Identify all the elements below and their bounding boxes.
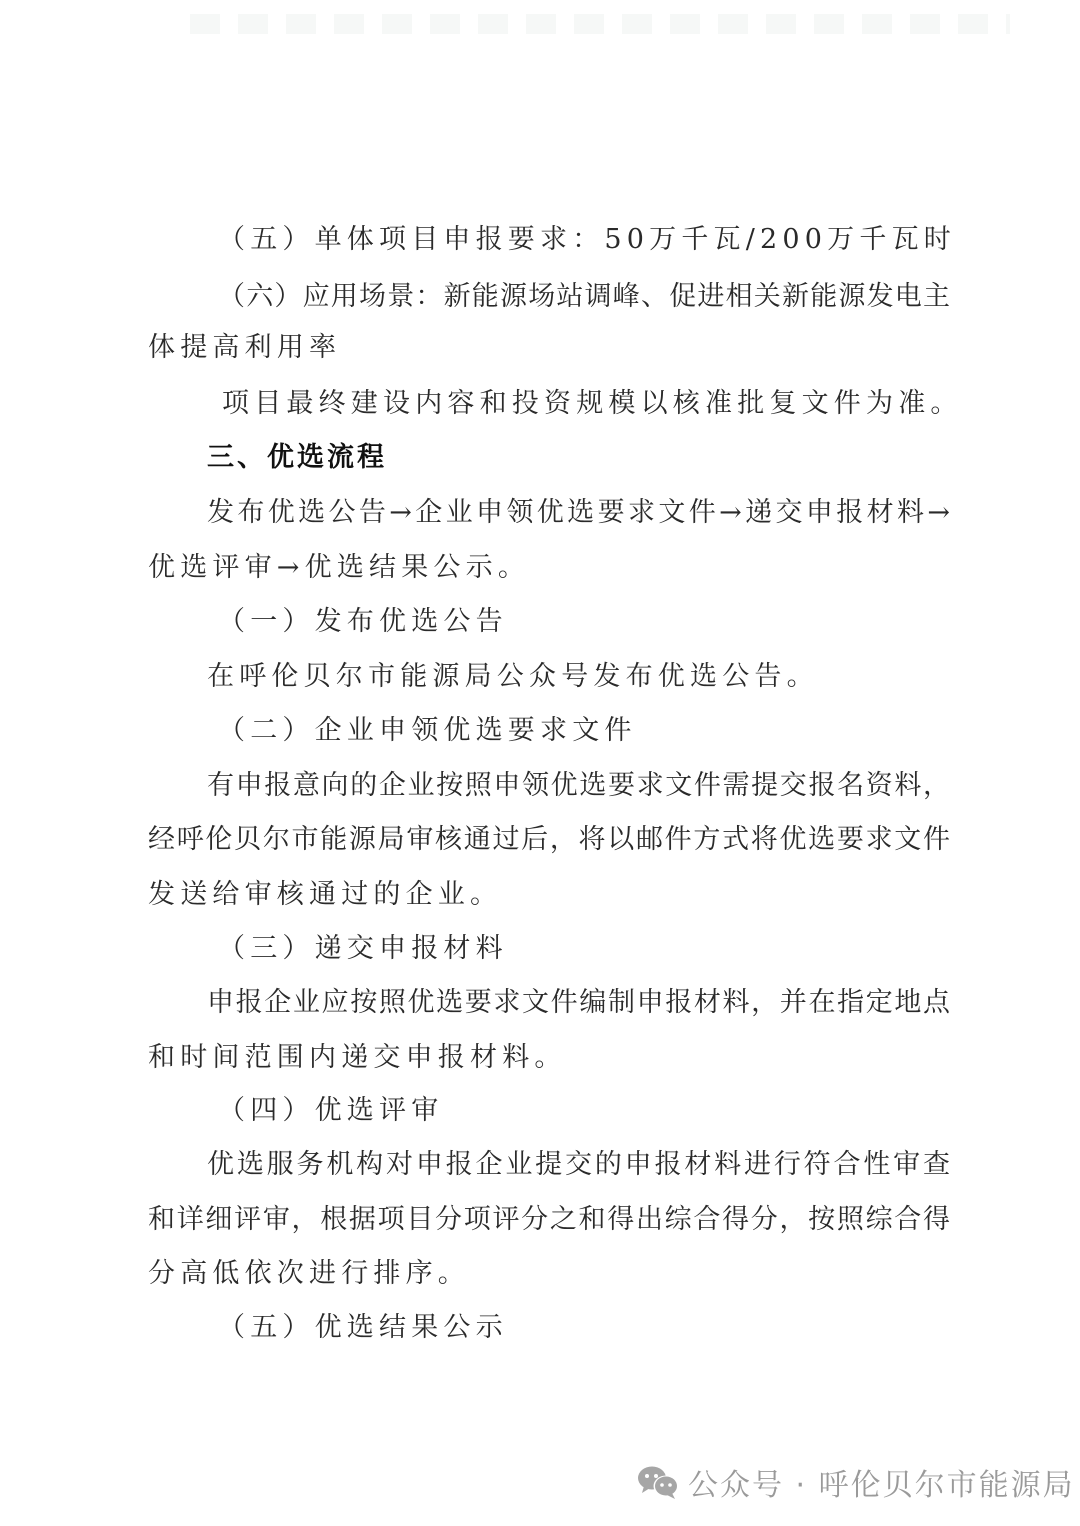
scan-bleed-artifact — [190, 14, 1010, 34]
flow-line-2: 优选评审→优选结果公示。 — [148, 541, 950, 595]
sub1-body-line: 在呼伦贝尔市能源局公众号发布优选公告。 — [207, 650, 950, 704]
item6-scene-line-2: 体提高利用率 — [148, 321, 950, 375]
sub2-body-line-2: 经呼伦贝尔市能源局审核通过后，将以邮件方式将优选要求文件 — [148, 813, 950, 867]
subheading-2: （二）企业申领优选要求文件 — [218, 704, 950, 758]
sub3-body-line-1: 申报企业应按照优选要求文件编制申报材料，并在指定地点 — [207, 976, 950, 1030]
subheading-5: （五）优选结果公示 — [218, 1301, 950, 1355]
sub2-body-line-3: 发送给审核通过的企业。 — [148, 868, 950, 922]
sub4-body-line-1: 优选服务机构对申报企业提交的申报材料进行符合性审查 — [207, 1138, 950, 1192]
section-heading: 三、优选流程 — [207, 431, 1009, 485]
item6-scene-line-1: （六）应用场景：新能源场站调峰、促进相关新能源发电主 — [218, 270, 950, 324]
subheading-1: （一）发布优选公告 — [218, 595, 950, 649]
item5-scale-line: （五）单体项目申报要求：50万千瓦/200万千瓦时 — [218, 213, 950, 267]
wechat-icon — [636, 1464, 680, 1500]
sub3-body-line-2: 和时间范围内递交申报材料。 — [148, 1031, 950, 1085]
watermark-text: 公众号 · 呼伦贝尔市能源局 — [688, 1460, 1075, 1504]
document-page: （五）单体项目申报要求：50万千瓦/200万千瓦时 （六）应用场景：新能源场站调… — [0, 0, 1080, 1526]
wechat-account-watermark: 公众号 · 呼伦贝尔市能源局 — [636, 1462, 1075, 1502]
sub4-body-line-3: 分高低依次进行排序。 — [148, 1247, 950, 1301]
sub2-body-line-1: 有申报意向的企业按照申领优选要求文件需提交报名资料， — [207, 759, 950, 813]
final-note-line: 项目最终建设内容和投资规模以核准批复文件为准。 — [222, 377, 1024, 431]
subheading-4: （四）优选评审 — [218, 1084, 950, 1138]
subheading-3: （三）递交申报材料 — [218, 922, 950, 976]
flow-line-1: 发布优选公告→企业申领优选要求文件→递交申报材料→ — [207, 486, 950, 540]
sub4-body-line-2: 和详细评审，根据项目分项评分之和得出综合得分，按照综合得 — [148, 1193, 950, 1247]
